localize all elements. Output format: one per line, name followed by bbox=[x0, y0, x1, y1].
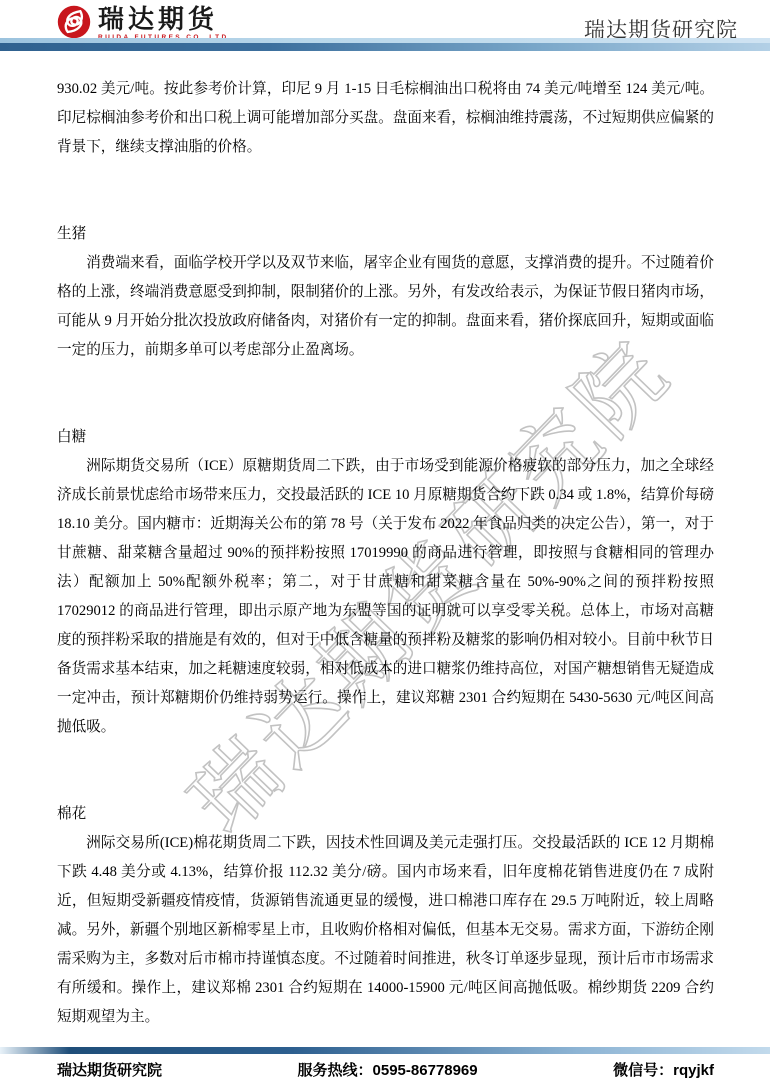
paragraph-sugar: 洲际期货交易所（ICE）原糖期货周二下跌，由于市场受到能源价格疲软的部分压力，加… bbox=[57, 452, 714, 742]
paragraph-cotton: 洲际交易所(ICE)棉花期货周二下跌，因技术性回调及美元走强打压。交投最活跃的 … bbox=[57, 829, 714, 1032]
company-logo: 瑞达期货 RUIDA FUTURES CO.,LTD. bbox=[56, 4, 233, 42]
footer-hotline: 服务热线：0595-86778969 bbox=[298, 1059, 478, 1080]
section-title-sugar: 白糖 bbox=[57, 423, 714, 452]
paragraph-palm-oil-continuation: 930.02 美元/吨。按此参考价计算，印尼 9 月 1-15 日毛棕榈油出口税… bbox=[57, 75, 714, 162]
section-hogs: 生猪 消费端来看，面临学校开学以及双节来临，屠宰企业有囤货的意愿，支撑消费的提升… bbox=[57, 220, 714, 365]
section-cotton: 棉花 洲际交易所(ICE)棉花期货周二下跌，因技术性回调及美元走强打压。交投最活… bbox=[57, 800, 714, 1032]
header-divider-bar bbox=[0, 38, 770, 51]
header-divider-bar-bottom bbox=[0, 43, 770, 51]
footer-row: 瑞达期货研究院 服务热线：0595-86778969 微信号：rqyjkf bbox=[57, 1059, 714, 1080]
report-body: 930.02 美元/吨。按此参考价计算，印尼 9 月 1-15 日毛棕榈油出口税… bbox=[57, 62, 714, 1032]
logo-text: 瑞达期货 RUIDA FUTURES CO.,LTD. bbox=[98, 4, 233, 42]
paragraph-hogs: 消费端来看，面临学校开学以及双节来临，屠宰企业有囤货的意愿，支撑消费的提升。不过… bbox=[57, 249, 714, 365]
page-header: 瑞达期货 RUIDA FUTURES CO.,LTD. 瑞达期货研究院 bbox=[0, 0, 770, 38]
ruida-logo-icon bbox=[56, 4, 92, 40]
footer-wechat: 微信号：rqyjkf bbox=[613, 1059, 714, 1080]
footer-institute: 瑞达期货研究院 bbox=[57, 1059, 162, 1080]
brand-name-cn: 瑞达期货 bbox=[98, 6, 233, 32]
footer-divider-bar bbox=[0, 1047, 770, 1054]
section-title-hogs: 生猪 bbox=[57, 220, 714, 249]
section-sugar: 白糖 洲际期货交易所（ICE）原糖期货周二下跌，由于市场受到能源价格疲软的部分压… bbox=[57, 423, 714, 742]
section-title-cotton: 棉花 bbox=[57, 800, 714, 829]
page-footer: 瑞达期货研究院 服务热线：0595-86778969 微信号：rqyjkf bbox=[0, 1047, 770, 1089]
